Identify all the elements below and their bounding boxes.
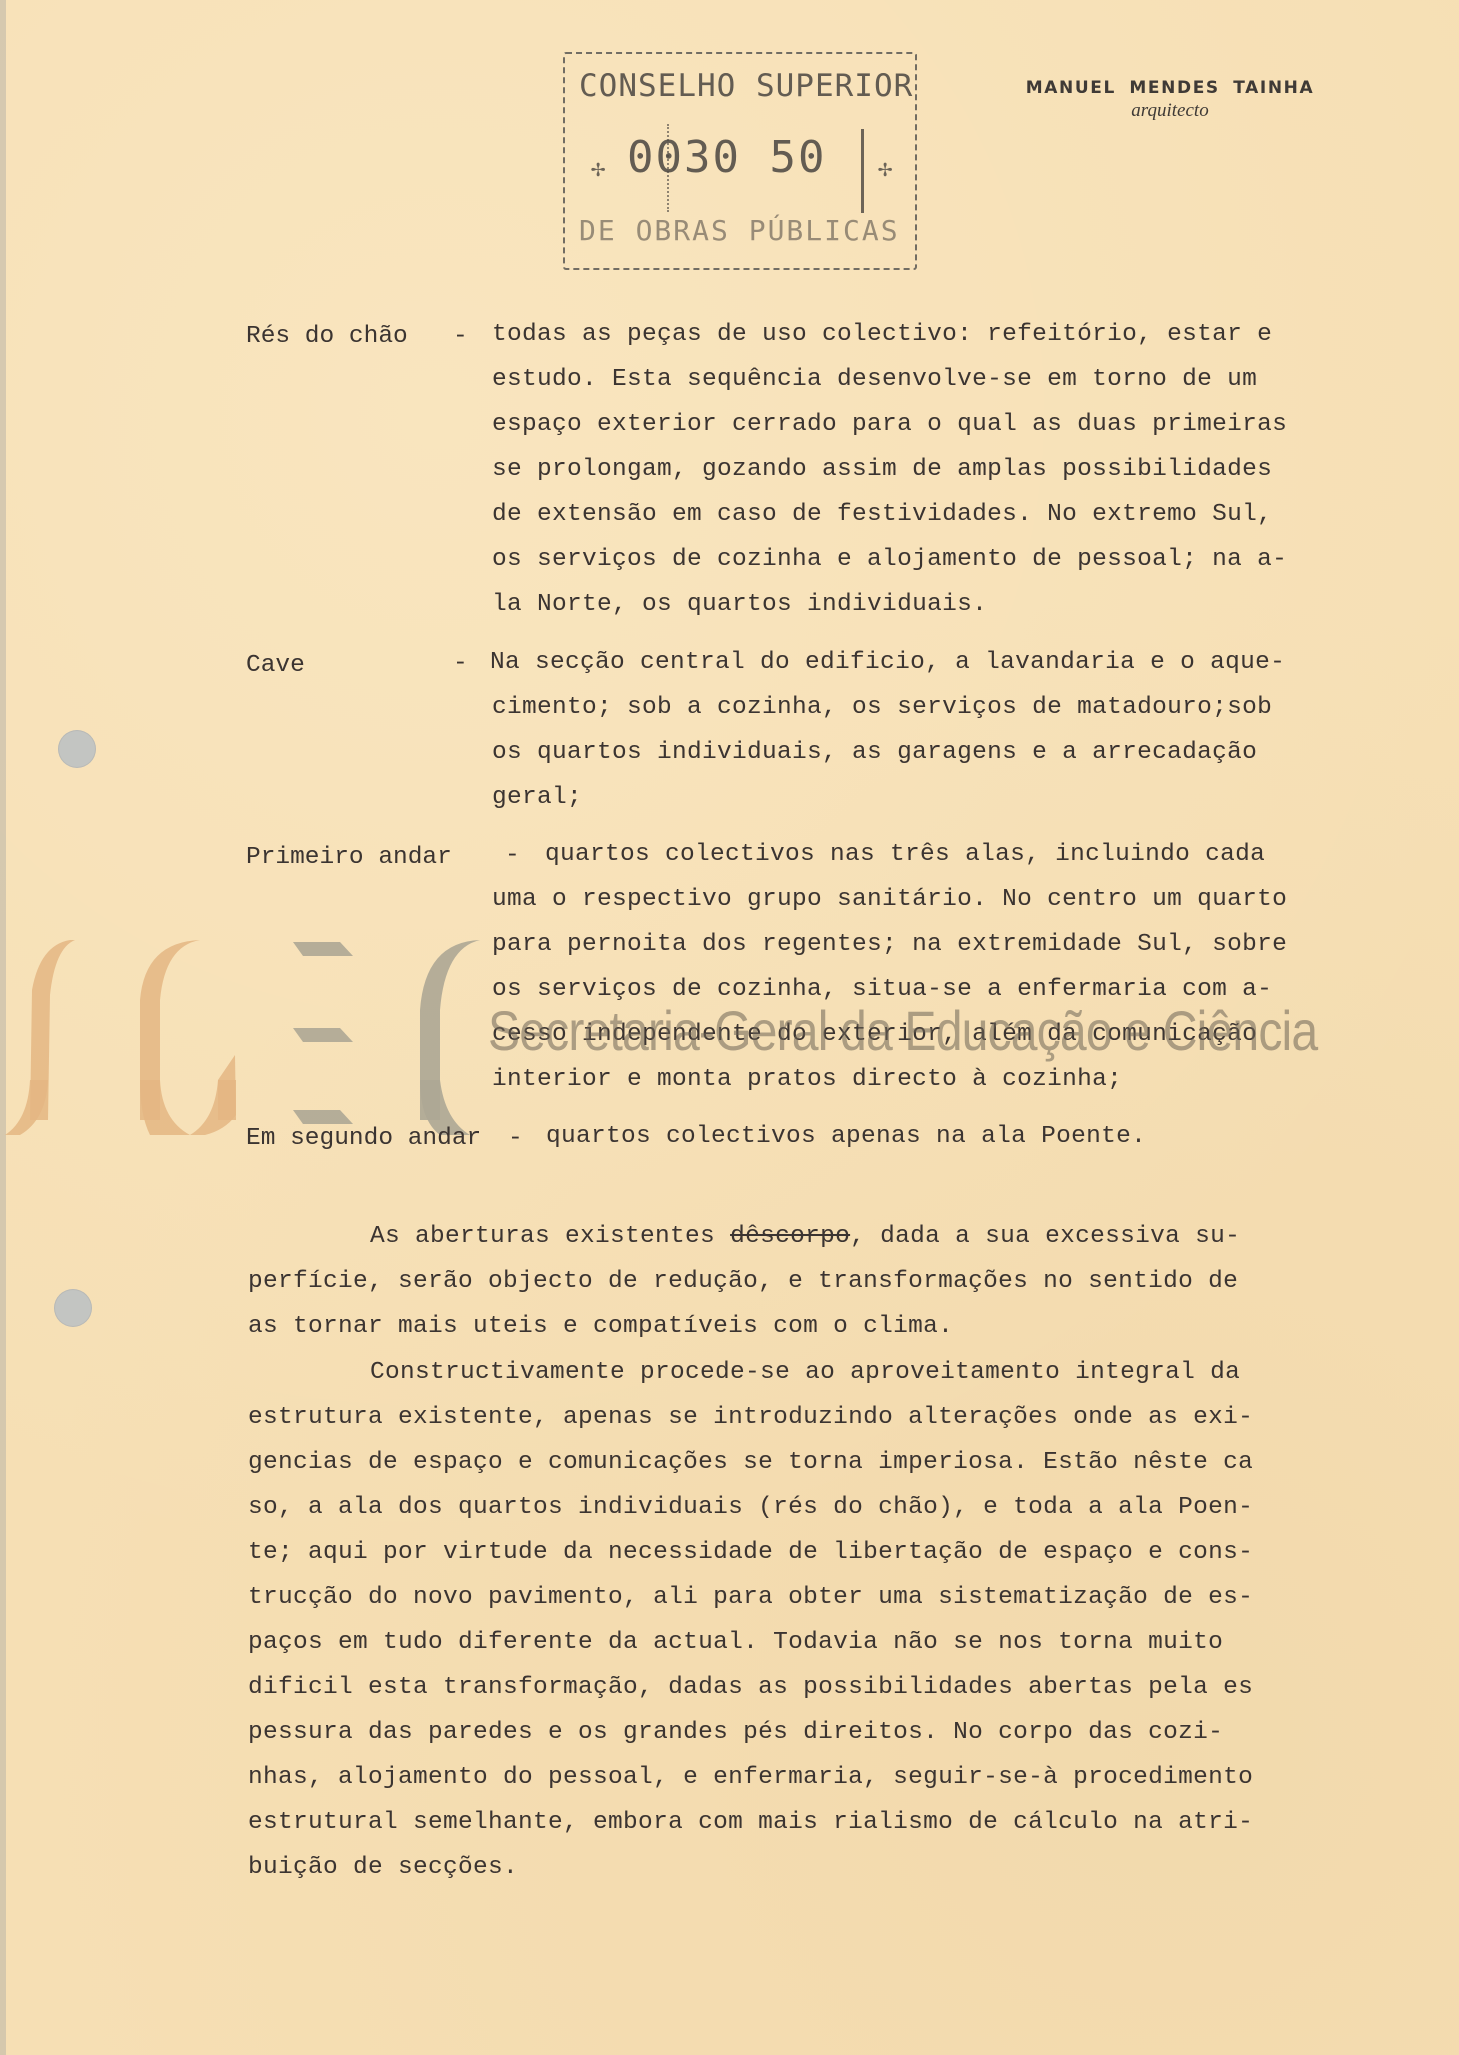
watermark-logo-icon: [0, 920, 520, 1120]
author-role: arquitecto: [1020, 100, 1320, 122]
text-line: gencias de espaço e comunicações se torn…: [248, 1448, 1253, 1478]
dash: -: [505, 841, 520, 871]
dash: -: [453, 322, 468, 352]
watermark-text: Secretaria-Geral da Educação e Ciência: [488, 998, 1317, 1063]
text-fragment: , dada a sua excessiva su-: [850, 1223, 1240, 1250]
dash: -: [508, 1124, 523, 1154]
text-line: te; aqui por virtude da necessidade de l…: [248, 1538, 1253, 1568]
floor-label: Cave: [246, 651, 305, 681]
floor-label: Em segundo andar: [246, 1124, 481, 1154]
text-line: se prolongam, gozando assim de amplas po…: [492, 455, 1272, 485]
text-line: as tornar mais uteis e compatíveis com o…: [248, 1312, 953, 1342]
text-line: de extensão em caso de festividades. No …: [492, 500, 1272, 530]
floor-label: Primeiro andar: [246, 843, 452, 873]
text-line: quartos colectivos apenas na ala Poente.: [546, 1122, 1146, 1152]
floor-label: Rés do chão: [246, 322, 408, 352]
text-line: nhas, alojamento do pessoal, e enfermari…: [248, 1763, 1253, 1793]
stamp-title: CONSELHO SUPERIOR: [579, 68, 913, 104]
text-line: os serviços de cozinha e alojamento de p…: [492, 545, 1287, 575]
page-edge: [0, 0, 6, 2055]
stamp-number: 0030 50: [627, 132, 826, 183]
text-line: os quartos individuais, as garagens e a …: [492, 738, 1257, 768]
text-line: buição de secções.: [248, 1853, 518, 1883]
stamp-ornament-icon: ✢: [591, 154, 605, 182]
punch-hole-top: [58, 730, 96, 768]
text-line: uma o respectivo grupo sanitário. No cen…: [492, 885, 1287, 915]
stamp-bar: [861, 129, 864, 213]
text-line: estrutura existente, apenas se introduzi…: [248, 1403, 1253, 1433]
text-line: quartos colectivos nas três alas, inclui…: [545, 840, 1265, 870]
text-line: todas as peças de uso colectivo: refeitó…: [492, 320, 1272, 350]
stamp-ornament-icon: ✢: [878, 154, 892, 182]
text-fragment: As aberturas existentes: [370, 1223, 730, 1250]
text-line: geral;: [492, 783, 582, 813]
text-line: so, a ala dos quartos individuais (rés d…: [248, 1493, 1253, 1523]
text-line: Na secção central do edificio, a lavanda…: [490, 648, 1285, 678]
dash: -: [453, 649, 468, 679]
text-line: pessura das paredes e os grandes pés dir…: [248, 1718, 1223, 1748]
author-name: MANUEL MENDES TAINHA: [1020, 78, 1320, 98]
received-stamp: CONSELHO SUPERIOR ✢ 0030 50 ✢ DE OBRAS P…: [563, 52, 917, 270]
text-line: dificil esta transformação, dadas as pos…: [248, 1673, 1253, 1703]
text-line: estrutural semelhante, embora com mais r…: [248, 1808, 1253, 1838]
text-line: trucção do novo pavimento, ali para obte…: [248, 1583, 1253, 1613]
stamp-subtitle: DE OBRAS PÚBLICAS: [579, 214, 900, 247]
text-line: As aberturas existentes dêscorpo, dada a…: [370, 1222, 1240, 1252]
text-line: cimento; sob a cozinha, os serviços de m…: [492, 693, 1272, 723]
letterhead: MANUEL MENDES TAINHA arquitecto: [1020, 78, 1320, 122]
text-line: perfície, serão objecto de redução, e tr…: [248, 1267, 1238, 1297]
text-line: Constructivamente procede-se ao aproveit…: [370, 1358, 1240, 1388]
struck-text: dêscorpo: [730, 1223, 850, 1250]
text-line: interior e monta pratos directo à cozinh…: [492, 1065, 1122, 1095]
punch-hole-bottom: [54, 1289, 92, 1327]
text-line: estudo. Esta sequência desenvolve-se em …: [492, 365, 1257, 395]
text-line: la Norte, os quartos individuais.: [492, 590, 987, 620]
text-line: paços em tudo diferente da actual. Todav…: [248, 1628, 1223, 1658]
text-line: para pernoita dos regentes; na extremida…: [492, 930, 1287, 960]
text-line: espaço exterior cerrado para o qual as d…: [492, 410, 1287, 440]
